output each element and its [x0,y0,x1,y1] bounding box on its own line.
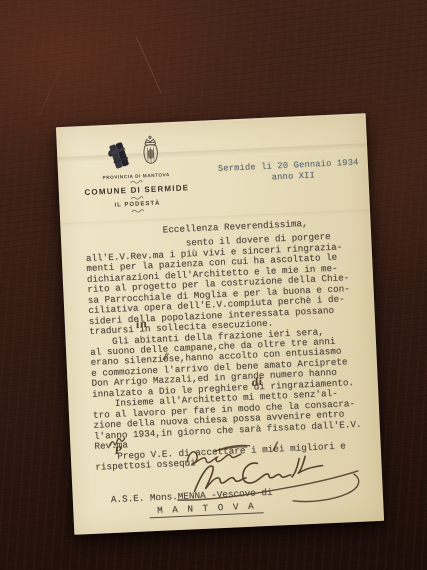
wood-scratch [136,36,162,93]
ink-correction-di: di [251,378,263,389]
flourish-divider-icon [130,195,144,201]
coat-of-arms-icon [137,134,164,169]
photo-of-letter-on-desk: PROVINCIA DI MANTOVA COMUNE DI SERMIDE I… [0,0,427,570]
recipient-city-underlined: M A N T O V A [149,500,264,518]
letter-paper: PROVINCIA DI MANTOVA COMUNE DI SERMIDE I… [56,113,384,535]
flourish-divider-icon [131,208,145,214]
flourish-divider-icon [129,179,143,185]
dateline: Sermide li 20 Gennaio 1934 anno XII [218,157,369,186]
ink-scribble-icon [109,437,126,448]
wood-scratch [38,70,60,116]
body-paragraph-1: sento il dovere di porgere all'E.V.Rev.m… [85,231,367,338]
recipient-block: A.S.E. Mons.MENNA -Vescovo di M A N T O … [111,486,302,521]
fasces-icon [107,140,132,171]
ink-scribble-icon [161,351,170,361]
ink-correction-in: in [135,320,147,331]
ink-correction-p: P [114,446,123,457]
letterhead-emblems [72,131,198,173]
letterhead: PROVINCIA DI MANTOVA COMUNE DI SERMIDE I… [72,131,200,217]
